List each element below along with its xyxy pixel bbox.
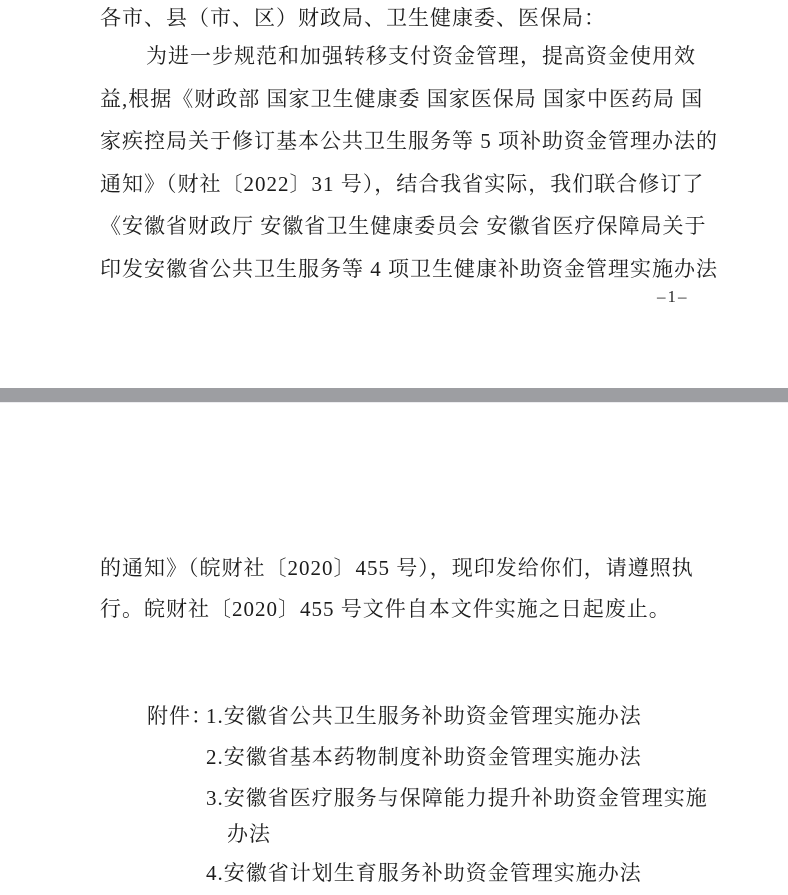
attachment-item: 1.安徽省公共卫生服务补助资金管理实施办法	[206, 703, 642, 729]
paragraph-line: 行。皖财社〔2020〕455 号文件自本文件实施之日起废止。	[100, 596, 671, 622]
paragraph-line: 的通知》（皖财社〔2020〕455 号），现印发给你们，请遵照执	[100, 555, 694, 581]
page-1: 各市、县（市、区）财政局、卫生健康委、医保局： 为进一步规范和加强转移支付资金管…	[0, 0, 788, 388]
paragraph-line: 印发安徽省公共卫生服务等 4 项卫生健康补助资金管理实施办法	[100, 256, 718, 282]
attachment-item: 2.安徽省基本药物制度补助资金管理实施办法	[206, 744, 642, 770]
paragraph-line: 《安徽省财政厅 安徽省卫生健康委员会 安徽省医疗保障局关于	[100, 213, 707, 239]
document-viewer: 各市、县（市、区）财政局、卫生健康委、医保局： 为进一步规范和加强转移支付资金管…	[0, 0, 788, 895]
salutation-line: 各市、县（市、区）财政局、卫生健康委、医保局：	[100, 5, 606, 31]
paragraph-line: 家疾控局关于修订基本公共卫生服务等 5 项补助资金管理办法的	[100, 128, 718, 154]
attachment-item: 3.安徽省医疗服务与保障能力提升补助资金管理实施	[206, 785, 708, 811]
page-number: –1–	[657, 287, 689, 307]
attachment-item: 4.安徽省计划生育服务补助资金管理实施办法	[206, 860, 642, 886]
paragraph-line: 益,根据《财政部 国家卫生健康委 国家医保局 国家中医药局 国	[100, 86, 703, 112]
attachment-item-continuation: 办法	[227, 821, 271, 847]
paragraph-line: 通知》（财社〔2022〕31 号），结合我省实际，我们联合修订了	[100, 171, 704, 197]
attachment-label: 附件：	[147, 703, 213, 729]
page-2: 的通知》（皖财社〔2020〕455 号），现印发给你们，请遵照执 行。皖财社〔2…	[0, 403, 788, 895]
page-gap-separator	[0, 388, 788, 403]
paragraph-line: 为进一步规范和加强转移支付资金管理，提高资金使用效	[146, 43, 696, 69]
